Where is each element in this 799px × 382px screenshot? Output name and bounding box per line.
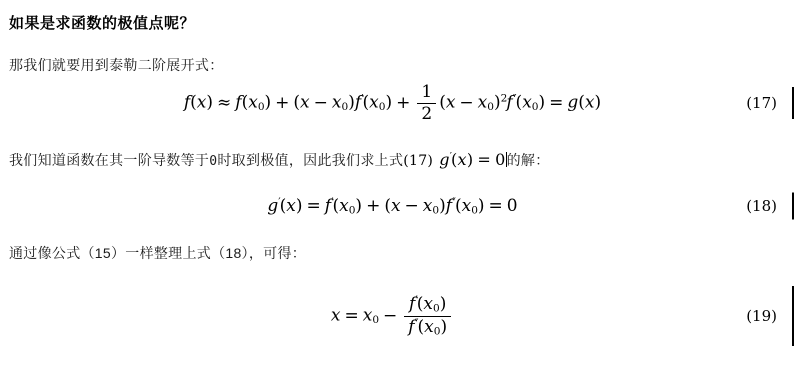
section-heading: 如果是求函数的极值点呢？ [9, 12, 195, 33]
equation-19-right-bar [792, 286, 794, 346]
inline-math-gprime-zero: g′(x)=0 [439, 150, 505, 169]
equation-17-right-bar [792, 87, 794, 119]
equation-18-math: g′(x)=f′(x0)+(x−x0)f″(x0)=0 [267, 196, 517, 217]
article-page: 如果是求函数的极值点呢？ 那我们就要用到泰勒二阶展开式： f(x)≈f(x0)+… [0, 0, 799, 382]
text-segment: 我们知道函数在其一阶导数等于 [9, 152, 209, 168]
equation-ref-17: (17) [403, 153, 433, 169]
equation-19-number: (19) [746, 307, 777, 325]
text-segment: 时取到极值，因此我们求上式 [217, 152, 403, 168]
equation-18-number: (18) [746, 197, 777, 215]
paragraph-taylor-intro: 那我们就要用到泰勒二阶展开式： [9, 55, 224, 75]
equation-17-row: f(x)≈f(x0)+(x−x0)f′(x0)+12(x−x0)2f″(x0)=… [0, 84, 785, 122]
equation-18-right-bar [792, 193, 794, 220]
equation-19-math: x=x0−f′(x0)f″(x0) [331, 294, 454, 338]
equation-19-row: x=x0−f′(x0)f″(x0) (19) [0, 284, 785, 348]
paragraph-rearrange: 通过像公式（15）一样整理上式（18），可得： [9, 243, 306, 263]
equation-17-math: f(x)≈f(x0)+(x−x0)f′(x0)+12(x−x0)2f″(x0)=… [184, 82, 601, 124]
text-segment: 的解： [507, 152, 550, 168]
equation-17-number: (17) [746, 94, 777, 112]
equation-18-row: g′(x)=f′(x0)+(x−x0)f″(x0)=0 (18) [0, 191, 785, 221]
paragraph-derivative-zero: 我们知道函数在其一阶导数等于0时取到极值，因此我们求上式(17)g′(x)=0的… [9, 150, 550, 170]
